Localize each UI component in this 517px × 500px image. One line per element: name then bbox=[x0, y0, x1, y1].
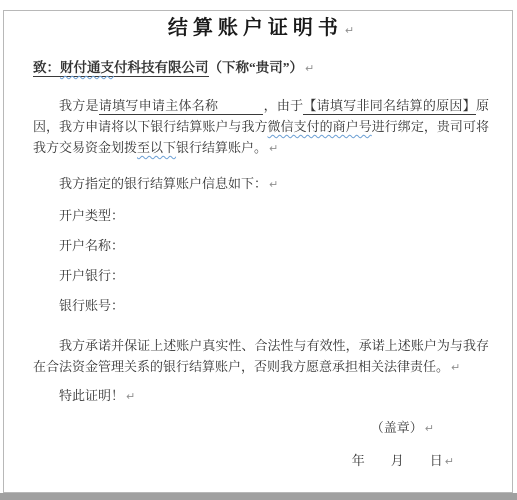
closing-line: 特此证明！↵ bbox=[33, 385, 489, 407]
page-bottom-shadow bbox=[0, 493, 517, 500]
document-content: 结算账户证明书↵ 致：财付通支付科技有限公司（下称“贵司”）↵ 我方是请填写申请… bbox=[4, 11, 512, 472]
name-blank-fill-line bbox=[218, 97, 263, 110]
field-label-account-type: 开户类型： bbox=[59, 208, 124, 223]
wechat-merchant-spellcheck-segment: 微信支付的商户号 bbox=[268, 119, 372, 134]
salutation-line: 致：财付通支付科技有限公司（下称“贵司”）↵ bbox=[33, 57, 489, 79]
company-name-rest: 付科技有限公司 bbox=[114, 60, 209, 75]
apply-after-blank-text: ，由于 bbox=[263, 98, 303, 113]
promise-paragraph: 我方承诺并保证上述账户真实性、合法性与有效性，承诺上述账户为与我存在合法资金管理… bbox=[33, 335, 489, 378]
promise-text: 我方承诺并保证上述账户真实性、合法性与有效性，承诺上述账户为与我存在合法资金管理… bbox=[33, 338, 489, 374]
apply-tail-text: 银行结算账户。 bbox=[176, 140, 267, 155]
field-bank-name: 开户银行： bbox=[33, 265, 489, 286]
document-page: 结算账户证明书↵ 致：财付通支付科技有限公司（下称“贵司”）↵ 我方是请填写申请… bbox=[3, 10, 513, 493]
field-account-name: 开户名称： bbox=[33, 235, 489, 256]
field-label-account-name: 开户名称： bbox=[59, 238, 124, 253]
fill-name-underlined-group: 请填写申请主体名称 bbox=[99, 98, 263, 115]
field-label-bank-account-number: 银行账号： bbox=[59, 298, 124, 313]
paragraph-mark-icon: ↵ bbox=[126, 390, 135, 403]
date-line: 年 月 日↵ bbox=[33, 450, 489, 472]
application-paragraph: 我方是请填写申请主体名称，由于【请填写非同名结算的原因】原因，我方申请将以下银行… bbox=[33, 95, 489, 159]
fill-reason-prompt: 【请填写非同名结算的原因】 bbox=[303, 98, 476, 115]
date-placeholder-text: 年 月 日 bbox=[352, 453, 443, 468]
field-account-type: 开户类型： bbox=[33, 205, 489, 226]
salutation-underlined-group: 致：财付通支付科技有限公司 bbox=[33, 60, 209, 77]
seal-hint-line: （盖章）↵ bbox=[33, 417, 489, 439]
field-bank-account-number: 银行账号： bbox=[33, 295, 489, 316]
salutation-to-label: 致： bbox=[33, 60, 60, 75]
closing-text: 特此证明！ bbox=[59, 388, 124, 403]
apply-lead-text: 我方是 bbox=[59, 98, 99, 113]
fill-name-prompt: 请填写申请主体名称 bbox=[99, 98, 218, 113]
paragraph-mark-icon: ↵ bbox=[445, 455, 454, 468]
paragraph-mark-icon: ↵ bbox=[305, 62, 314, 75]
paragraph-mark-icon: ↵ bbox=[451, 361, 460, 374]
paragraph-mark-icon: ↵ bbox=[345, 24, 359, 37]
seal-hint-text: （盖章） bbox=[371, 420, 423, 435]
document-title-text: 结算账户证明书 bbox=[168, 17, 343, 39]
account-info-intro-text: 我方指定的银行结算账户信息如下： bbox=[59, 176, 267, 191]
paragraph-mark-icon: ↵ bbox=[269, 178, 278, 191]
paragraph-mark-icon: ↵ bbox=[269, 142, 278, 155]
field-label-bank-name: 开户银行： bbox=[59, 268, 124, 283]
company-name-spellcheck-segment: 财付通支 bbox=[60, 60, 114, 75]
paragraph-mark-icon: ↵ bbox=[425, 422, 434, 435]
account-info-intro-line: 我方指定的银行结算账户信息如下：↵ bbox=[33, 173, 489, 195]
salutation-suffix: （下称“贵司”） bbox=[209, 60, 304, 75]
document-title: 结算账户证明书↵ bbox=[33, 15, 489, 44]
zhixia-spellcheck-segment: 至以下 bbox=[137, 140, 176, 155]
